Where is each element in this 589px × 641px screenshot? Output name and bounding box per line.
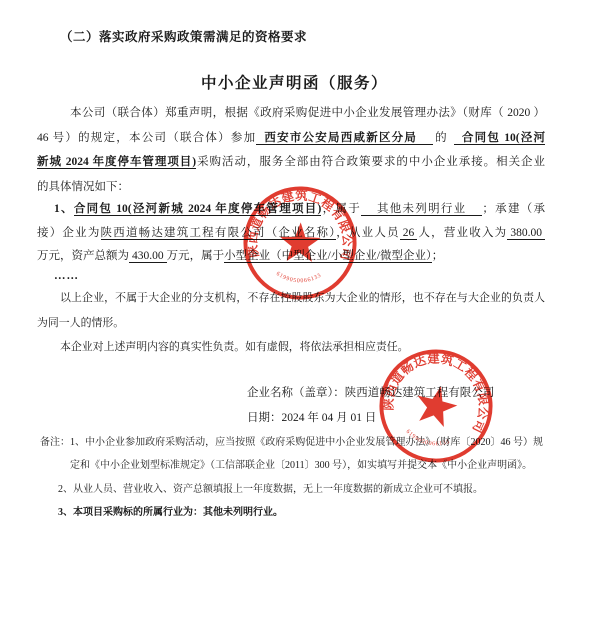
purchaser-name: 西安市公安局西咸新区分局 xyxy=(256,132,433,145)
para1-text4: 的具体情况如下： xyxy=(37,181,129,193)
para1-text2: 46 号）的规定，本公司（联合体）参加 xyxy=(37,132,256,144)
company-seal-label: 企业名称（盖章）： xyxy=(247,387,345,399)
para1-text1: 本公司（联合体）郑重声明，根据《政府采购促进中小企业发展管理办法》（财库（ 20… xyxy=(70,107,545,119)
item1-text8: ； xyxy=(432,250,444,262)
seal-1-number-text: 6199050066133 xyxy=(275,271,323,285)
para1-line2: 46 号）的规定，本公司（联合体）参加西安市公安局西咸新区分局的合同包 10(泾… xyxy=(37,126,545,151)
employees-value: 26 xyxy=(400,227,418,240)
seal-2-star-icon xyxy=(412,381,461,429)
svg-text:6199050066133: 6199050066133 xyxy=(403,428,453,452)
svg-text:6199050066133: 6199050066133 xyxy=(275,271,323,285)
item1-text2: ；承建（承 xyxy=(482,203,545,215)
project-name-part1: 合同包 10(泾河 xyxy=(454,132,545,145)
item1-text7: 万元，属于 xyxy=(167,250,225,262)
item1-text3: 接）企业为 xyxy=(37,227,101,239)
section-heading: （二）落实政府采购政策需满足的资格要求 xyxy=(60,27,307,45)
para4-text: 本企业对上述声明内容的真实性负责。如有虚假，将依法承担相应责任。 xyxy=(60,341,409,353)
item1-text6: 万元，资产总额为 xyxy=(37,250,129,262)
date-value: 2024 年 04 月 01 日 xyxy=(282,412,377,424)
para1-line3: 新城 2024 年度停车管理项目)采购活动，服务全部由符合政策要求的中小企业承接… xyxy=(37,150,545,175)
para1-connector: 的 xyxy=(435,132,448,144)
ellipsis-line: …… xyxy=(54,270,79,282)
date-label: 日期： xyxy=(247,412,282,424)
revenue-value: 380.00 xyxy=(507,227,545,240)
assets-value: 430.00 xyxy=(129,250,167,263)
item1-text5: 人，营业收入为 xyxy=(417,227,507,239)
seal-2-number-text: 6199050066133 xyxy=(403,428,453,452)
note-2-text: 2、从业人员、营业收入、资产总额填报上一年度数据，无上一年度数据的新成立企业可不… xyxy=(58,478,543,501)
para3-text2: 为同一人的情形。 xyxy=(37,317,124,329)
document-title: 中小企业声明函（服务） xyxy=(0,71,589,93)
document-page: （二）落实政府采购政策需满足的资格要求 中小企业声明函（服务） 本公司（联合体）… xyxy=(0,0,589,641)
item1-number: 1、 xyxy=(54,203,74,215)
para3-line2: 为同一人的情形。 xyxy=(37,311,545,336)
para1-text3: 采购活动，服务全部由符合政策要求的中小企业承接。相关企业 xyxy=(196,156,545,168)
company-seal-1: 陕西道畅达建筑工程有限公司 6199050066133 xyxy=(239,182,361,304)
seal-1-star-icon xyxy=(279,222,321,263)
note-3-text: 3、本项目采购标的所属行业为：其他未列明行业。 xyxy=(58,501,543,524)
project-name-part2: 新城 2024 年度停车管理项目) xyxy=(37,156,196,169)
para1-line1: 本公司（联合体）郑重声明，根据《政府采购促进中小企业发展管理办法》（财库（ 20… xyxy=(37,101,545,126)
remarks-label: 备注： xyxy=(40,431,70,478)
industry-value: 其他未列明行业 xyxy=(361,203,482,216)
